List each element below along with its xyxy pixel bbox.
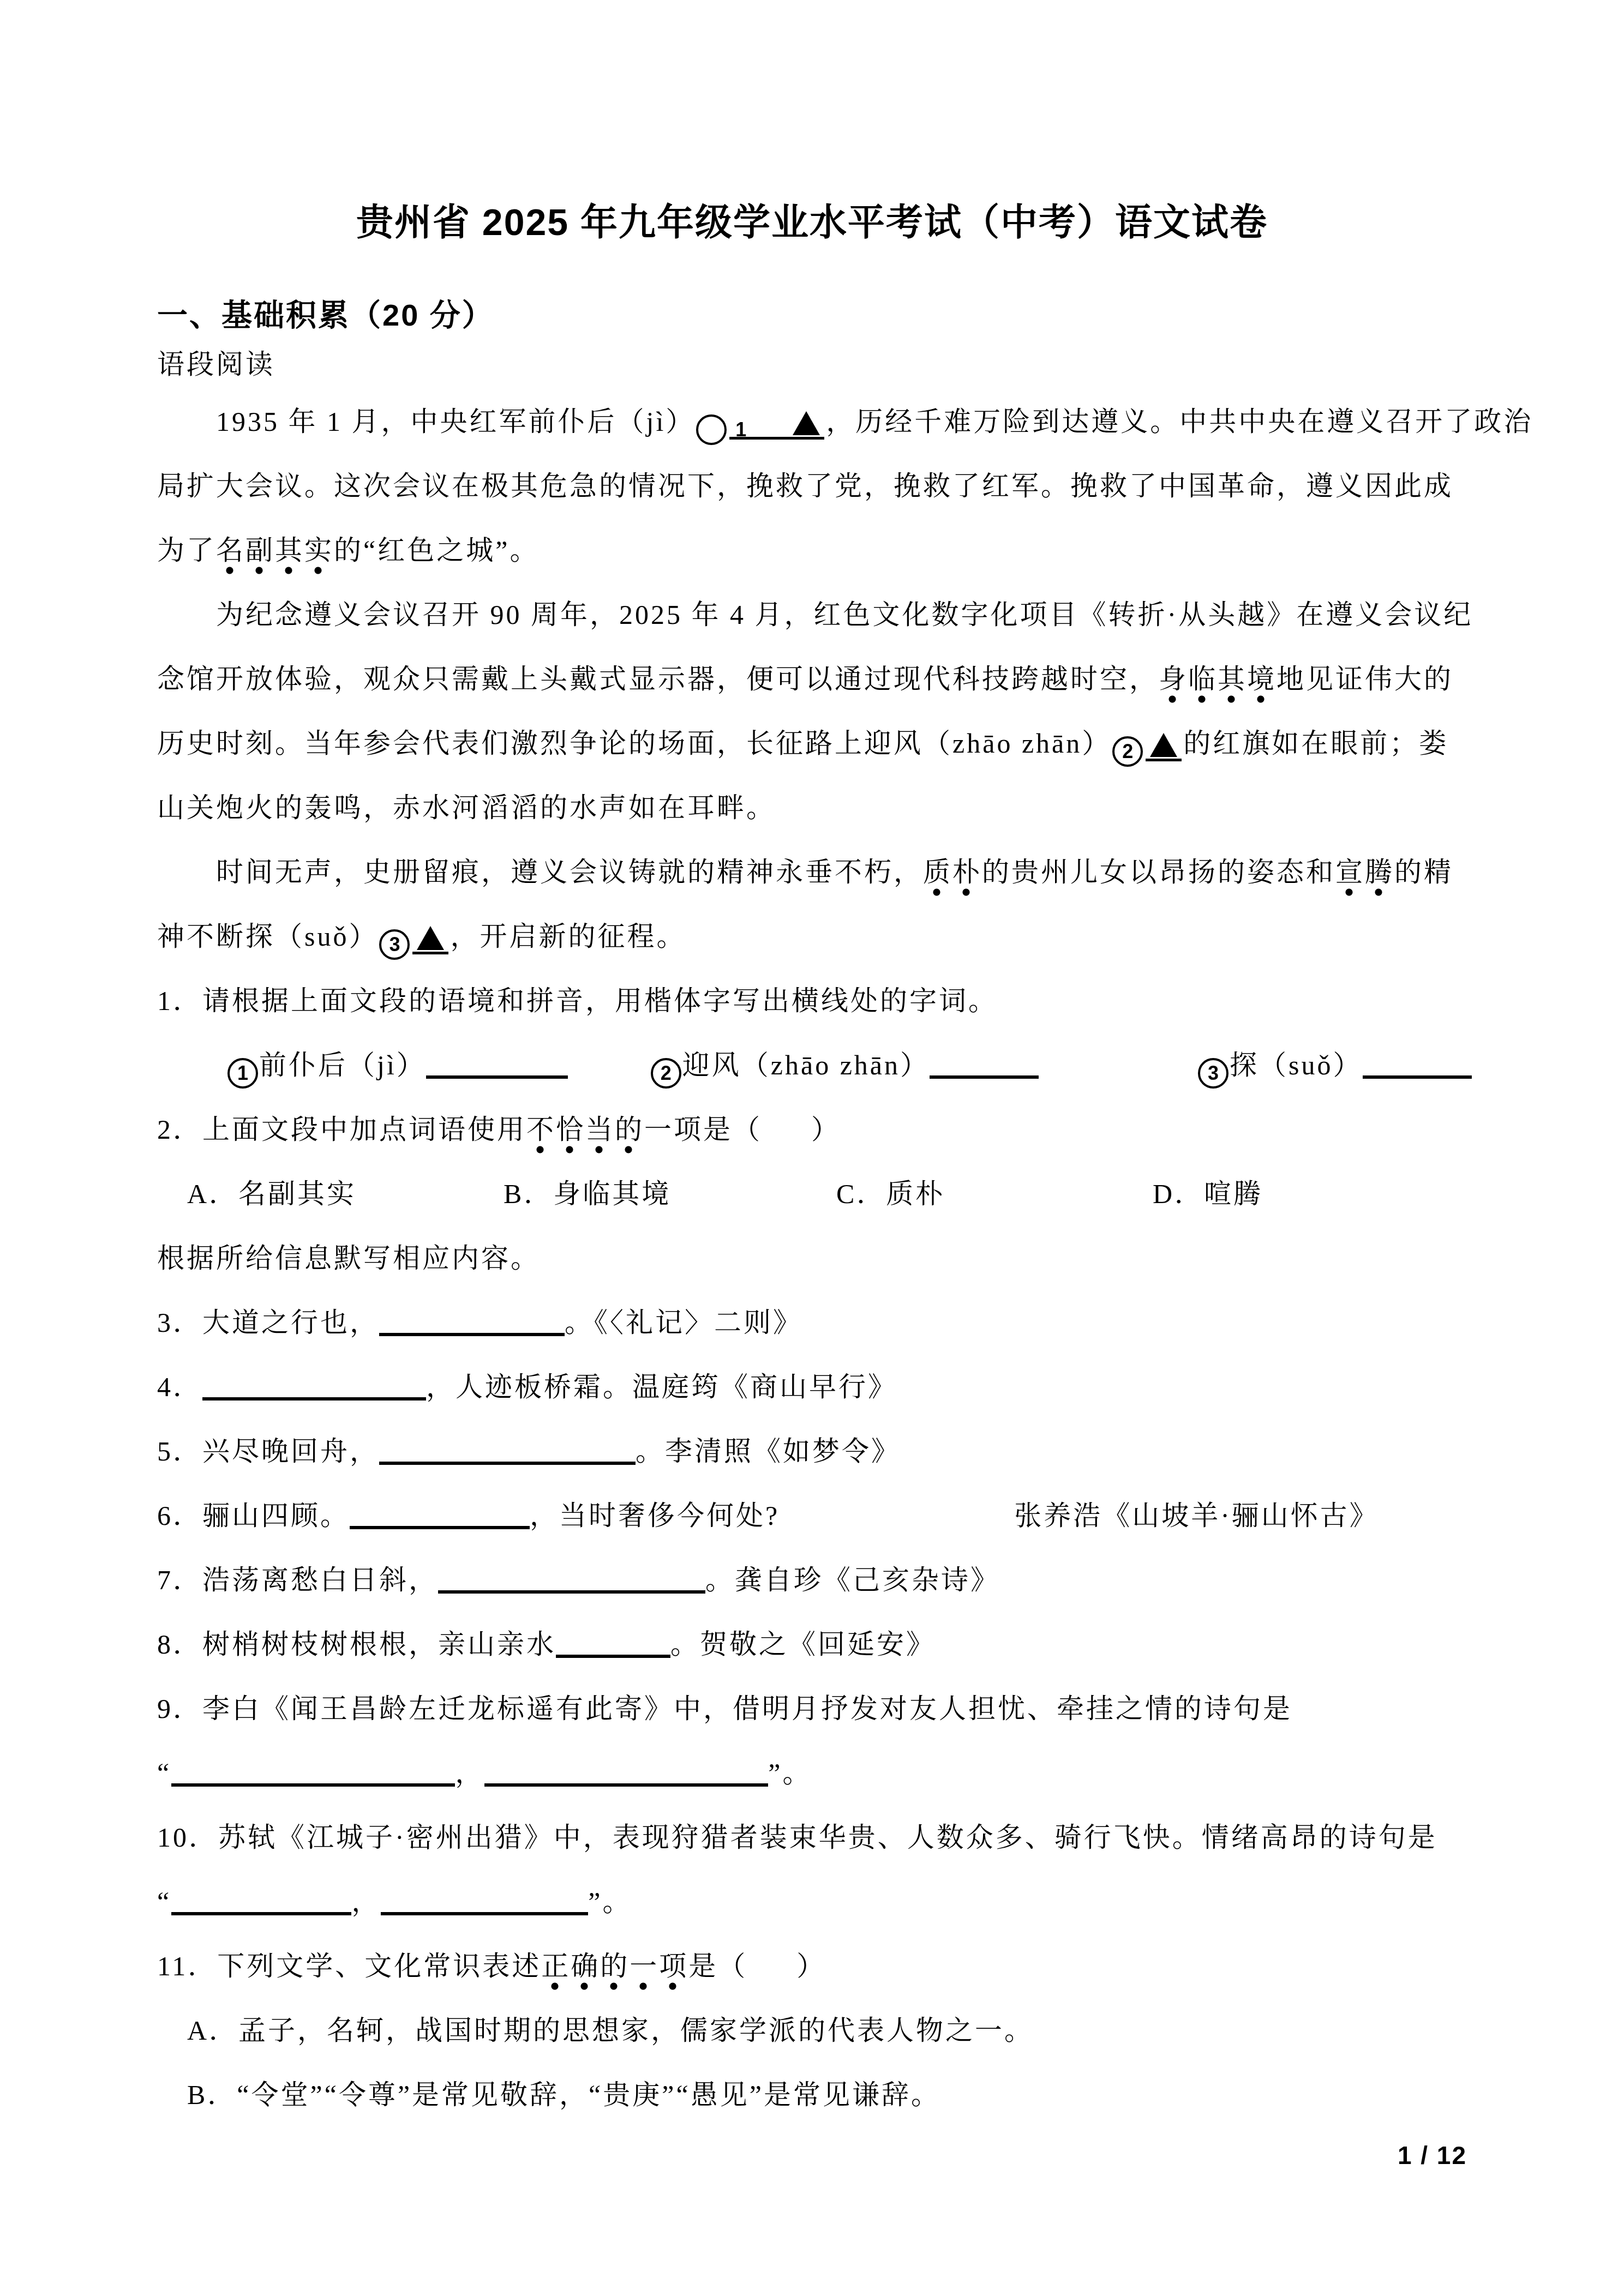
passage-type-label: 语段阅读: [157, 339, 1467, 389]
spacer: [157, 1074, 226, 1074]
dictation-instruction: 根据所给信息默写相应内容。: [157, 1226, 1467, 1290]
question-5: 5．兴尽晚回舟，。李清照《如梦令》: [157, 1419, 1467, 1483]
answer-triangle-icon: [412, 926, 448, 954]
passage-line-2: 局扩大会议。这次会议在极其危急的情况下，挽救了党，挽救了红军。挽救了中国革命，遵…: [157, 454, 1467, 518]
text: 局扩大会议。这次会议在极其危急的情况下，挽救了党，挽救了红军。挽救了中国革命，遵…: [157, 471, 1453, 501]
question-10-answer: “，”。: [157, 1870, 1467, 1934]
emphasized-text: 名副其实: [216, 535, 334, 575]
emphasized-text: 宣腾: [1335, 857, 1394, 897]
question-2: 2．上面文段中加点词语使用不恰当的一项是（）: [157, 1097, 1467, 1162]
answer-blank: [426, 1054, 568, 1079]
text: 的精: [1394, 857, 1453, 887]
choice-option: C．质朴: [836, 1162, 1153, 1226]
text: ，历经千难万险到达遵义。中共中央在遵义召开了政治: [826, 406, 1533, 437]
choice-option: A．名副其实: [187, 1162, 504, 1226]
passage-line-7: 山关炮火的轰鸣，赤水河滔滔的水声如在耳畔。: [157, 776, 1467, 840]
emphasized-text: 身临其境: [1159, 664, 1277, 704]
question-7: 7．浩荡离愁白日斜，。龚自珍《己亥杂诗》: [157, 1548, 1467, 1612]
passage-line-5: 念馆开放体验，观众只需戴上头戴式显示器，便可以通过现代科技跨越时空，身临其境地见…: [157, 647, 1467, 711]
text: “: [157, 1758, 171, 1788]
text: ）: [811, 1114, 841, 1145]
triangle-glyph: [417, 926, 444, 950]
text: 。龚自珍《己亥杂诗》: [705, 1565, 1000, 1595]
spacer: [157, 2039, 187, 2040]
answer-blank: [484, 1762, 768, 1787]
text: 6．骊山四顾。: [157, 1500, 350, 1531]
spacer: [157, 1203, 187, 1203]
text: 。《〈礼记〉二则》: [565, 1307, 802, 1338]
text: 地见证伟大的: [1277, 664, 1453, 694]
question-3: 3．大道之行也，。《〈礼记〉二则》: [157, 1290, 1467, 1355]
spacer: [762, 1138, 811, 1139]
passage-line-1: 1935 年 1 月，中央红军前仆后（jì）1，历经千难万险到达遵义。中共中央在…: [157, 389, 1467, 454]
circled-number: 1: [696, 414, 727, 445]
question-11-option-a: A．孟子，名轲，战国时期的思想家，儒家学派的代表人物之一。: [157, 1998, 1467, 2063]
question-2-options: A．名副其实B．身临其境C．质朴D．喧腾: [157, 1162, 1467, 1226]
text: 为了: [157, 535, 216, 566]
text: 。贺敬之《回延安》: [670, 1629, 936, 1660]
text: 3．大道之行也，: [157, 1307, 379, 1338]
text: 11．下列文学、文化常识表述: [157, 1951, 541, 1981]
circled-number: 1: [227, 1058, 258, 1089]
text: 张养浩《山坡羊·骊山怀古》: [1014, 1500, 1379, 1531]
spacer: [568, 1074, 650, 1074]
text: ，当时奢侈今何处?: [530, 1500, 780, 1531]
text: ）: [796, 1951, 826, 1981]
text: 时间无声，史册留痕，遵义会议铸就的精神永垂不朽，: [216, 857, 923, 887]
passage-line-6: 历史时刻。当年参会代表们激烈争论的场面，长征路上迎风（zhāo zhān）2的红…: [157, 711, 1467, 776]
choice-option: B．身临其境: [504, 1162, 836, 1226]
text: ”。: [768, 1758, 812, 1788]
text: 根据所给信息默写相应内容。: [157, 1243, 540, 1273]
exam-page: 贵州省 2025 年九年级学业水平考试（中考）语文试卷 一、基础积累（20 分）…: [0, 200, 1624, 2172]
answer-blank: [171, 1762, 455, 1787]
question-1: 1．请根据上面文段的语境和拼音，用楷体字写出横线处的字词。: [157, 969, 1467, 1033]
passage-line-9: 神不断探（suǒ）3，开启新的征程。: [157, 904, 1467, 969]
text: 2．上面文段中加点词语使用: [157, 1114, 526, 1145]
question-6: 6．骊山四顾。，当时奢侈今何处?张养浩《山坡羊·骊山怀古》: [157, 1483, 1467, 1548]
emphasized-text: 质朴: [923, 857, 982, 897]
text: 8．树梢树枝树根根，亲山亲水: [157, 1629, 556, 1660]
spacer: [747, 1975, 796, 1975]
text: 的贵州儿女以昂扬的姿态和: [982, 857, 1335, 887]
passage-line-4: 为纪念遵义会议召开 90 周年，2025 年 4 月，红色文化数字化项目《转折·…: [157, 582, 1467, 647]
text: ，: [455, 1758, 484, 1788]
triangle-glyph: [1150, 733, 1177, 757]
text: B．“令堂”“令尊”是常见敬辞，“贵庚”“愚见”是常见谦辞。: [187, 2079, 940, 2110]
circled-number: 3: [1198, 1058, 1229, 1089]
answer-blank: [379, 1311, 565, 1336]
triangle-glyph: [793, 411, 820, 435]
question-1-items: 1前仆后（jì）2迎风（zhāo zhān）3探（suǒ）: [157, 1033, 1467, 1097]
choice-option: D．喧腾: [1153, 1162, 1263, 1226]
answer-blank: [171, 1890, 351, 1915]
page-number: 1 / 12: [157, 2139, 1467, 2172]
question-10: 10．苏轼《江城子·密州出猎》中，表现狩猎者装束华贵、人数众多、骑行飞快。情绪高…: [157, 1805, 1467, 1870]
text: 7．浩荡离愁白日斜，: [157, 1565, 438, 1595]
circled-number: 2: [651, 1058, 681, 1089]
text: 10．苏轼《江城子·密州出猎》中，表现狩猎者装束华贵、人数众多、骑行飞快。情绪高…: [157, 1822, 1437, 1853]
text: 9．李白《闻王昌龄左迁龙标遥有此寄》中，借明月抒发对友人担忧、牵挂之情的诗句是: [157, 1693, 1292, 1724]
text: 迎风（zhāo zhān）: [682, 1050, 930, 1080]
text: 历史时刻。当年参会代表们激烈争论的场面，长征路上迎风（zhāo zhān）: [157, 728, 1111, 759]
text: ，开启新的征程。: [450, 921, 686, 952]
answer-blank: [1363, 1054, 1472, 1079]
answer-blank: [930, 1054, 1039, 1079]
text: ，人迹板桥霜。温庭筠《商山早行》: [426, 1372, 897, 1402]
spacer: [1039, 1074, 1197, 1074]
text: 1．请根据上面文段的语境和拼音，用楷体字写出横线处的字词。: [157, 985, 998, 1016]
text: 1935 年 1 月，中央红军前仆后（jì）: [216, 406, 695, 437]
text: 探（suǒ）: [1230, 1050, 1362, 1080]
text: 一项是（: [644, 1114, 762, 1145]
text: 是（: [688, 1951, 747, 1981]
answer-triangle-icon: [1146, 733, 1182, 761]
document-title: 贵州省 2025 年九年级学业水平考试（中考）语文试卷: [157, 200, 1467, 245]
answer-blank: [381, 1890, 588, 1915]
circled-number: 3: [379, 929, 410, 960]
text: 念馆开放体验，观众只需戴上头戴式显示器，便可以通过现代科技跨越时空，: [157, 664, 1159, 694]
answer-blank: [556, 1633, 670, 1658]
question-9-answer: “，”。: [157, 1741, 1467, 1805]
answer-blank: [379, 1440, 636, 1465]
question-11-option-b: B．“令堂”“令尊”是常见敬辞，“贵庚”“愚见”是常见谦辞。: [157, 2063, 1467, 2127]
text: 的红旗如在眼前；娄: [1183, 728, 1448, 759]
text: ”。: [588, 1886, 632, 1917]
answer-triangle-icon: [729, 411, 824, 440]
answer-blank: [438, 1568, 705, 1594]
text: 神不断探（suǒ）: [157, 921, 378, 952]
question-9: 9．李白《闻王昌龄左迁龙标遥有此寄》中，借明月抒发对友人担忧、牵挂之情的诗句是: [157, 1676, 1467, 1741]
section-heading: 一、基础积累（20 分）: [157, 291, 1467, 339]
question-4: 4．，人迹板桥霜。温庭筠《商山早行》: [157, 1355, 1467, 1419]
content-lines: 1935 年 1 月，中央红军前仆后（jì）1，历经千难万险到达遵义。中共中央在…: [157, 389, 1467, 2127]
text: “: [157, 1886, 171, 1917]
passage-line-8: 时间无声，史册留痕，遵义会议铸就的精神永垂不朽，质朴的贵州儿女以昂扬的姿态和宣腾…: [157, 840, 1467, 904]
answer-blank: [202, 1375, 426, 1401]
answer-blank: [350, 1504, 530, 1529]
text: A．孟子，名轲，战国时期的思想家，儒家学派的代表人物之一。: [187, 2015, 1034, 2046]
question-8: 8．树梢树枝树根根，亲山亲水。贺敬之《回延安》: [157, 1612, 1467, 1676]
circled-number: 2: [1112, 736, 1143, 767]
spacer: [157, 2103, 187, 2104]
spacer: [780, 1524, 1014, 1525]
question-11: 11．下列文学、文化常识表述正确的一项是（）: [157, 1934, 1467, 1998]
emphasized-text: 不恰当的: [526, 1114, 644, 1155]
text: 4．: [157, 1372, 202, 1402]
text: 为纪念遵义会议召开 90 周年，2025 年 4 月，红色文化数字化项目《转折·…: [216, 599, 1473, 630]
passage-line-3: 为了名副其实的“红色之城”。: [157, 518, 1467, 582]
text: ，: [351, 1886, 381, 1917]
text: 前仆后（jì）: [259, 1050, 426, 1080]
text: 。李清照《如梦令》: [636, 1436, 901, 1466]
emphasized-text: 正确的一项: [541, 1951, 688, 1991]
text: 5．兴尽晚回舟，: [157, 1436, 379, 1466]
text: 的“红色之城”。: [334, 535, 539, 566]
text: 山关炮火的轰鸣，赤水河滔滔的水声如在耳畔。: [157, 792, 776, 823]
